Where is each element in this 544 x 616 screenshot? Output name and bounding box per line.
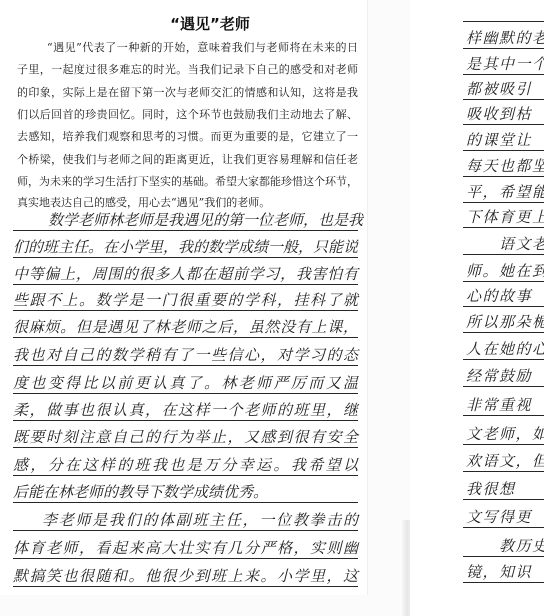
handwritten-line: 心的故事 (463, 282, 544, 307)
handwritten-text: 些跟不上。数学是一门很重要的学科，挂科了就 (13, 291, 358, 309)
intro-line: 们以后回首的珍贵回忆。同时，这个环节也鼓励我们主动地去了解、 (17, 104, 358, 126)
handwritten-line: 数学老师林老师是我遇见的第一位老师，也是我 (13, 206, 358, 231)
handwritten-text: 心的故事 (466, 287, 532, 305)
handwritten-text: 人在她的心 (466, 340, 544, 358)
handwritten-text: 是其中一个。 (466, 55, 544, 73)
handwritten-text: 教历史 (466, 537, 544, 555)
handwritten-text: 非常重视 (466, 396, 532, 414)
handwritten-text: 样幽默的老 (466, 29, 544, 47)
handwritten-text: 很麻烦。但是遇见了林老师之后，虽然没有上课， (13, 318, 358, 336)
handwritten-text: 镜，知识 (466, 563, 532, 581)
handwritten-line: 后能在林老师的教导下数学成绩优秀。 (13, 478, 358, 503)
handwritten-line: 度也变得比以前更认真了。林老师严厉而又温 (13, 369, 358, 394)
handwritten-line: 每天也都坚 (463, 152, 544, 177)
handwritten-text: 文写得更 (466, 508, 532, 526)
handwritten-line: 人在她的心 (463, 335, 544, 360)
handwritten-text: 吸收到枯 (466, 105, 532, 123)
handwritten-line: 些跟不上。数学是一门很重要的学科，挂科了就 (13, 286, 358, 311)
handwritten-line: 吸收到枯 (463, 100, 544, 125)
handwritten-line: 经常鼓励 (463, 362, 544, 387)
intro-line: 去感知，培养我们观察和思考的习惯。而更为重要的是，它建立了一 (17, 126, 358, 148)
handwritten-line: 柔，做事也很认真，在这样一个老师的班里，继 (13, 396, 358, 421)
handwritten-line: 欢语文，但 (463, 447, 544, 472)
handwritten-text: 们的班主任。在小学里，我的数学成绩一般，只能说 (13, 238, 358, 256)
handwritten-line: 语文老 (463, 230, 544, 255)
handwritten-line: 平，希望能 (463, 178, 544, 203)
handwritten-line: 中等偏上，周围的很多人都在超前学习，我害怕有 (13, 260, 358, 285)
handwritten-text: 默搞笑也很随和。他很少到班上来。小学里，这 (13, 567, 358, 585)
handwritten-text: 师。她在到 (466, 262, 544, 280)
intro-line: 子里，一起度过很多难忘的时光。当我们记录下自己的感受和对老师 (17, 59, 358, 81)
handwritten-text: 欢语文，但 (466, 452, 544, 470)
handwritten-line: 既要时刻注意自己的行为举止，又感到很有安全 (13, 423, 358, 448)
handwritten-text: 体育老师，看起来高大壮实有几分严格，实则幽 (13, 539, 358, 557)
handwritten-line: 很麻烦。但是遇见了林老师之后，虽然没有上课， (13, 313, 358, 338)
handwritten-line: 都被吸引 (463, 75, 544, 100)
handwritten-line: 教历史 (463, 532, 544, 557)
left-page: “遇见”老师 “遇见”代表了一种新的开始，意味着我们与老师将在未来的日 子里，一… (0, 0, 368, 595)
handwritten-text: 我也对自己的数学稍有了一些信心，对学习的态 (13, 346, 358, 364)
right-page: 样幽默的老 是其中一个。 都被吸引 吸收到枯 的课堂让 每天也都坚 平，希望能 … (410, 0, 544, 616)
handwritten-text: 语文老 (466, 235, 544, 253)
document-title: “遇见”老师 (0, 14, 420, 34)
handwritten-text: 既要时刻注意自己的行为举止，又感到很有安全 (13, 428, 358, 446)
intro-line: 师，为未来的学习生活打下坚实的基础。希望大家都能珍惜这个环节， (17, 171, 358, 193)
handwritten-line: 文老师，如 (463, 420, 544, 445)
handwritten-line: 文写得更 (463, 503, 544, 528)
handwritten-text: 的课堂让 (466, 131, 532, 149)
handwritten-text: 柔，做事也很认真，在这样一个老师的班里，继 (13, 401, 358, 419)
handwritten-line: 镜，知识 (463, 558, 544, 583)
handwritten-line: 是其中一个。 (463, 50, 544, 75)
handwritten-line: 体育老师，看起来高大壮实有几分严格，实则幽 (13, 534, 358, 559)
handwritten-line: 我很想 (463, 475, 544, 500)
handwritten-text: 文老师，如 (466, 425, 544, 443)
handwritten-text: 下体育更上 (466, 208, 544, 226)
handwritten-line: 默搞笑也很随和。他很少到班上来。小学里，这 (13, 562, 358, 587)
ruled-line-empty (463, 0, 544, 22)
handwritten-text: 平，希望能 (466, 183, 544, 201)
intro-line: “遇见”代表了一种新的开始，意味着我们与老师将在未来的日 (47, 37, 358, 59)
handwritten-line: 的课堂让 (463, 126, 544, 151)
handwritten-text: 后能在林老师的教导下数学成绩优秀。 (13, 483, 358, 501)
handwritten-text: 数学老师林老师是我遇见的第一位老师，也是我 (13, 211, 358, 229)
intro-line: 的印象，实际上是在留下第一次与老师交汇的情感和认知，这将是我 (17, 82, 358, 104)
handwritten-line: 感，分在这样的班我也是万分幸运。我希望以 (13, 451, 358, 476)
handwritten-text: 所以那朵栀 (466, 313, 544, 331)
handwritten-line: 师。她在到 (463, 257, 544, 282)
intro-line: 个桥梁，使我们与老师之间的距离更近，让我们更容易理解和信任老 (17, 149, 358, 171)
handwritten-line: 我也对自己的数学稍有了一些信心，对学习的态 (13, 341, 358, 366)
handwritten-text: 每天也都坚 (466, 157, 544, 175)
handwritten-text: 经常鼓励 (466, 367, 532, 385)
handwritten-text: 我很想 (466, 480, 516, 498)
handwritten-text: 度也变得比以前更认真了。林老师严厉而又温 (13, 374, 358, 392)
handwritten-text: 都被吸引 (466, 80, 532, 98)
handwritten-line: 李老师是我们的体副班主任，一位教拳击的 (13, 506, 358, 531)
handwritten-line: 们的班主任。在小学里，我的数学成绩一般，只能说 (13, 233, 358, 258)
handwritten-line: 非常重视 (463, 391, 544, 416)
handwritten-text: 感，分在这样的班我也是万分幸运。我希望以 (13, 456, 358, 474)
handwritten-line: 下体育更上 (463, 203, 544, 228)
handwritten-text: 中等偏上，周围的很多人都在超前学习，我害怕有 (13, 265, 358, 283)
handwritten-line: 样幽默的老 (463, 24, 544, 49)
handwritten-text: 李老师是我们的体副班主任，一位教拳击的 (13, 511, 358, 529)
handwritten-line: 所以那朵栀 (463, 308, 544, 333)
